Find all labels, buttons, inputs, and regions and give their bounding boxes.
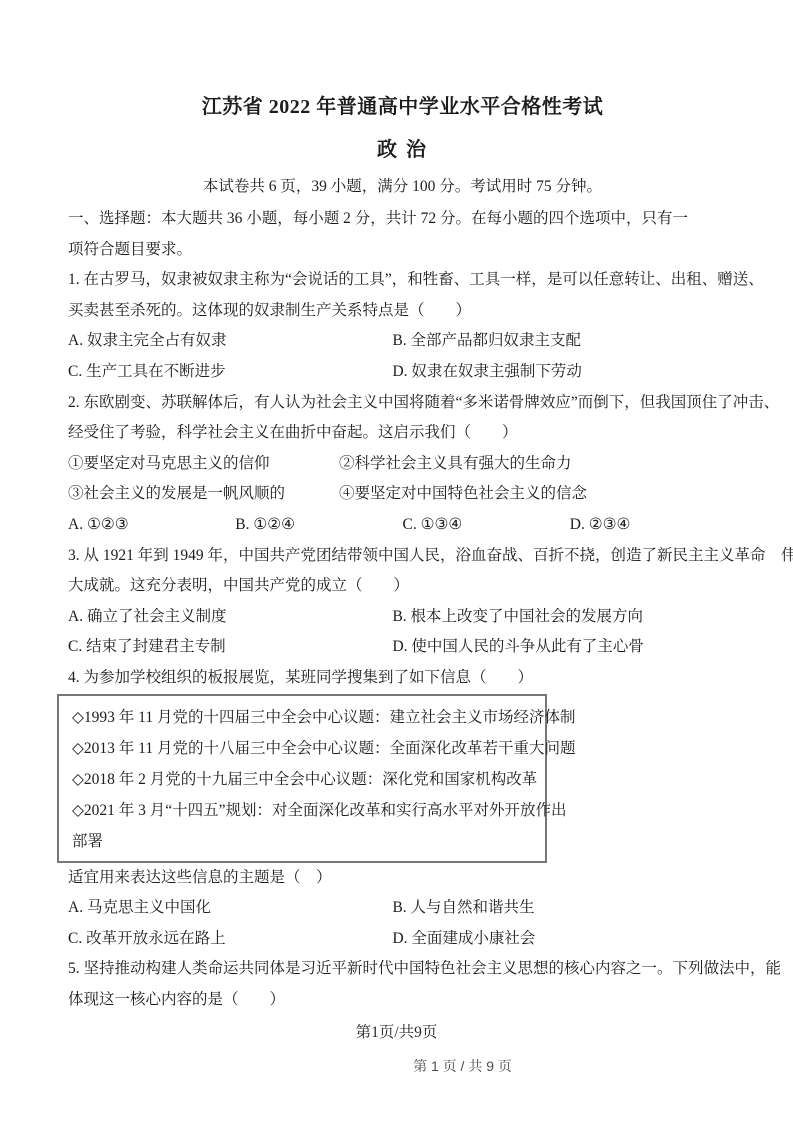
- question-1-options-row1: A. 奴隶主完全占有奴隶 B. 全部产品都归奴隶主支配: [68, 326, 737, 357]
- question-2-stem-line2: 经受住了考验，科学社会主义在曲折中奋起。这启示我们（ ）: [68, 418, 737, 449]
- question-2-subitem-1: ①要坚定对马克思主义的信仰: [68, 449, 339, 480]
- question-4-box-line5: 部署: [72, 826, 535, 857]
- question-2-answer-d: D. ②③④: [570, 510, 737, 541]
- question-4-box-line2: ◇2013 年 11 月党的十八届三中全会中心议题：全面深化改革若干重大问题: [72, 733, 535, 764]
- question-4-options-row1: A. 马克思主义中国化 B. 人与自然和谐共生: [68, 893, 737, 924]
- question-3-option-b: B. 根本上改变了中国社会的发展方向: [392, 602, 737, 633]
- question-2-subitems-row1: ①要坚定对马克思主义的信仰 ②科学社会主义具有强大的生命力: [68, 449, 737, 480]
- question-4-box-line3: ◇2018 年 2 月党的十九届三中全会中心议题：深化党和国家机构改革: [72, 764, 535, 795]
- question-4-option-c: C. 改革开放永远在路上: [68, 924, 392, 955]
- question-4-option-a: A. 马克思主义中国化: [68, 893, 392, 924]
- question-2-answer-b: B. ①②④: [235, 510, 402, 541]
- question-3-stem-line2: 大成就。这充分表明，中国共产党的成立（ ）: [68, 571, 737, 602]
- question-1-stem-line1: 1. 在古罗马，奴隶被奴隶主称为“会说话的工具”，和牲畜、工具一样，是可以任意转…: [68, 265, 737, 296]
- exam-subject: 政 治: [68, 137, 737, 163]
- question-1-stem-line2: 买卖甚至杀死的。这体现的奴隶制生产关系特点是（ ）: [68, 296, 737, 327]
- question-4-option-b: B. 人与自然和谐共生: [392, 893, 737, 924]
- page-content: 江苏省 2022 年普通高中学业水平合格性考试 政 治 本试卷共 6 页，39 …: [0, 0, 793, 1015]
- question-3-option-d: D. 使中国人民的斗争从此有了主心骨: [392, 632, 737, 663]
- exam-info-line: 本试卷共 6 页，39 小题，满分 100 分。考试用时 75 分钟。: [68, 175, 737, 199]
- question-4-box-line1: ◇1993 年 11 月党的十四届三中全会中心议题：建立社会主义市场经济体制: [72, 702, 535, 733]
- question-1-options-row2: C. 生产工具在不断进步 D. 奴隶在奴隶主强制下劳动: [68, 357, 737, 388]
- question-2-subitem-3: ③社会主义的发展是一帆风顺的: [68, 479, 339, 510]
- question-1-option-a: A. 奴隶主完全占有奴隶: [68, 326, 392, 357]
- question-2-subitem-4: ④要坚定对中国特色社会主义的信念: [339, 479, 737, 510]
- question-4-box-line4: ◇2021 年 3 月“十四五”规划：对全面深化改革和实行高水平对外开放作出: [72, 795, 535, 826]
- exam-body: 一、选择题：本大题共 36 小题，每小题 2 分，共计 72 分。在每小题的四个…: [68, 204, 737, 1015]
- question-5-stem-line2: 体现这一核心内容的是（ ）: [68, 985, 737, 1016]
- viewer-page-number: 第 1 页 / 共 9 页: [66, 1056, 793, 1076]
- question-3-stem-line1: 3. 从 1921 年到 1949 年，中国共产党团结带领中国人民，浴血奋战、百…: [68, 541, 737, 572]
- document-page-number: 第1页/共9页: [0, 1022, 793, 1044]
- question-4-prompt-after-box: 适宜用来表达这些信息的主题是（ ）: [68, 863, 737, 894]
- question-2-answer-c: C. ①③④: [403, 510, 570, 541]
- question-1-option-b: B. 全部产品都归奴隶主支配: [392, 326, 737, 357]
- question-3-options-row1: A. 确立了社会主义制度 B. 根本上改变了中国社会的发展方向: [68, 602, 737, 633]
- question-4-option-d: D. 全面建成小康社会: [392, 924, 737, 955]
- section-heading-line2: 项符合题目要求。: [68, 235, 737, 266]
- section-heading-line1: 一、选择题：本大题共 36 小题，每小题 2 分，共计 72 分。在每小题的四个…: [68, 204, 737, 235]
- question-2-answers-row: A. ①②③ B. ①②④ C. ①③④ D. ②③④: [68, 510, 737, 541]
- question-1-option-d: D. 奴隶在奴隶主强制下劳动: [392, 357, 737, 388]
- question-3-option-c: C. 结束了封建君主专制: [68, 632, 392, 663]
- question-4-info-box: ◇1993 年 11 月党的十四届三中全会中心议题：建立社会主义市场经济体制 ◇…: [57, 694, 547, 863]
- question-2-stem-line1: 2. 东欧剧变、苏联解体后，有人认为社会主义中国将随着“多米诺骨牌效应”而倒下，…: [68, 388, 737, 419]
- exam-title: 江苏省 2022 年普通高中学业水平合格性考试: [68, 0, 737, 120]
- question-2-subitem-2: ②科学社会主义具有强大的生命力: [339, 449, 737, 480]
- question-3-option-a: A. 确立了社会主义制度: [68, 602, 392, 633]
- question-4-options-row2: C. 改革开放永远在路上 D. 全面建成小康社会: [68, 924, 737, 955]
- exam-document-page: 江苏省 2022 年普通高中学业水平合格性考试 政 治 本试卷共 6 页，39 …: [0, 0, 793, 1122]
- question-2-subitems-row2: ③社会主义的发展是一帆风顺的 ④要坚定对中国特色社会主义的信念: [68, 479, 737, 510]
- question-2-answer-a: A. ①②③: [68, 510, 235, 541]
- question-1-option-c: C. 生产工具在不断进步: [68, 357, 392, 388]
- question-3-options-row2: C. 结束了封建君主专制 D. 使中国人民的斗争从此有了主心骨: [68, 632, 737, 663]
- question-4-stem: 4. 为参加学校组织的板报展览，某班同学搜集到了如下信息（ ）: [68, 663, 737, 694]
- question-5-stem-line1: 5. 坚持推动构建人类命运共同体是习近平新时代中国特色社会主义思想的核心内容之一…: [68, 954, 737, 985]
